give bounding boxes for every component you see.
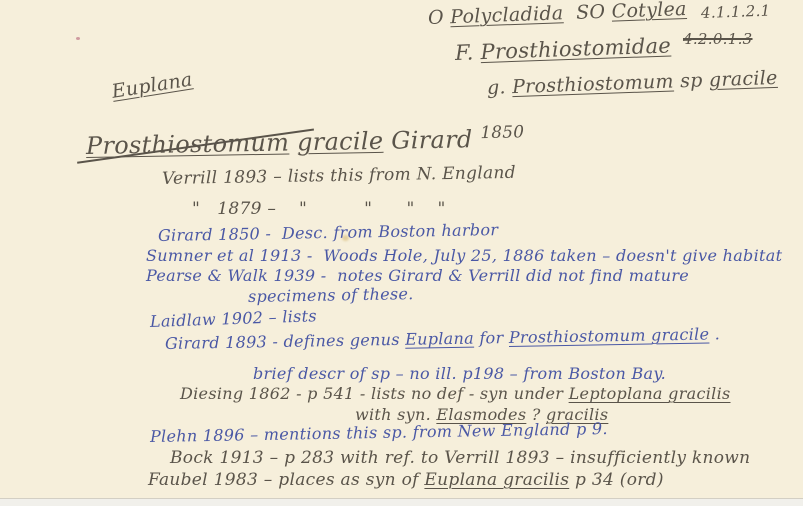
entry-laidlaw-1902: Laidlaw 1902 – lists	[150, 307, 317, 330]
order-suborder-line-segment: SO	[563, 1, 612, 25]
genus-species-line-segment: gracile	[709, 67, 778, 91]
entry-pearse-1939: Pearse & Walk 1939 - notes Girard & Verr…	[146, 267, 689, 285]
entry-plehn-1896-segment: Plehn 1896 – mentions this sp. from New …	[150, 419, 608, 446]
card-bottom-edge	[0, 498, 803, 506]
genus-species-line-segment: Prosthiostomum	[512, 70, 674, 98]
entry-sumner-1913: Sumner et al 1913 - Woods Hole, July 25,…	[146, 247, 782, 265]
code-current: 4.1.1.2.1	[701, 3, 771, 22]
entry-verrill-1893-segment: Verrill 1893 – lists this from N. Englan…	[162, 163, 516, 189]
entry-laidlaw-1902-segment: Laidlaw 1902 – lists	[150, 306, 317, 331]
entry-girard-1893-segment: Girard 1893 - defines genus	[165, 330, 405, 353]
entry-sumner-1913-segment: Sumner et al 1913 - Woods Hole, July 25,…	[146, 246, 782, 265]
order-suborder-line-segment: Polycladida	[450, 2, 564, 28]
entry-diesing-1862: Diesing 1862 - p 541 - lists no def - sy…	[180, 385, 731, 403]
family-line-segment: Prosthiostomidae	[480, 33, 671, 64]
entry-girard-1893-segment: Euplana	[405, 329, 474, 349]
genus-species-line-segment: g.	[487, 76, 513, 99]
entry-girard-1893: Girard 1893 - defines genus Euplana for …	[165, 325, 720, 352]
code-struck-segment: 4.2.0.1.3	[683, 30, 753, 48]
entry-verrill-1893: Verrill 1893 – lists this from N. Englan…	[162, 164, 516, 189]
species-title-segment: Prosthiostomum	[86, 129, 290, 159]
genus-species-line-segment: sp	[673, 69, 709, 92]
entry-plehn-1896: Plehn 1896 – mentions this sp. from New …	[150, 420, 608, 446]
entry-faubel-1983-segment: p 34 (ord)	[569, 470, 664, 490]
species-title: Prosthiostomum gracile Girard 1850	[86, 122, 525, 159]
code-struck: 4.2.0.1.3	[683, 31, 753, 48]
species-title-segment: gracile	[297, 127, 384, 157]
entry-ditto-1879: " 1879 – " " " "	[192, 200, 446, 219]
species-title-segment: 1850	[480, 121, 524, 142]
paper-speck	[76, 37, 80, 40]
entry-girard-1893-cont: brief descr of sp – no ill. p198 – from …	[253, 365, 666, 383]
family-line-segment: F.	[455, 40, 481, 65]
entry-pearse-1939-segment: Pearse & Walk 1939 - notes Girard & Verr…	[146, 266, 689, 285]
entry-girard-1893-segment: for	[474, 328, 509, 348]
family-line: F. Prosthiostomidae	[455, 34, 672, 65]
species-title-segment: Girard	[383, 125, 481, 155]
genus-species-line: g. Prosthiostomum sp gracile	[487, 68, 778, 99]
order-suborder-line-segment: O	[428, 6, 451, 29]
entry-pearse-1939-cont: specimens of these.	[248, 285, 414, 305]
entry-faubel-1983: Faubel 1983 – places as syn of Euplana g…	[148, 471, 664, 490]
entry-bock-1913: Bock 1913 – p 283 with ref. to Verrill 1…	[170, 449, 750, 468]
index-card: O Polycladida SO Cotylea4.1.1.2.14.2.0.1…	[0, 0, 803, 506]
entry-girard-1893-cont-segment: brief descr of sp – no ill. p198 – from …	[253, 364, 666, 383]
entry-diesing-1862-segment: Diesing 1862 - p 541 - lists no def - sy…	[180, 384, 569, 403]
code-current-segment: 4.1.1.2.1	[701, 2, 771, 22]
entry-pearse-1939-cont-segment: specimens of these.	[248, 284, 414, 306]
entry-faubel-1983-segment: Euplana gracilis	[424, 470, 569, 490]
entry-diesing-1862-cont-segment: with syn.	[355, 405, 436, 424]
entry-girard-1893-segment: .	[709, 324, 720, 343]
order-suborder-line-segment: Cotylea	[611, 0, 687, 23]
entry-faubel-1983-segment: Faubel 1983 – places as syn of	[148, 470, 424, 490]
euplana-annotation-segment: Euplana	[110, 68, 194, 102]
entry-girard-1850-segment: Girard 1850 - Desc. from Boston harbor	[158, 220, 499, 245]
order-suborder-line: O Polycladida SO Cotylea	[428, 0, 687, 29]
entry-ditto-1879-segment: " 1879 – " " " "	[192, 199, 446, 219]
entry-girard-1850: Girard 1850 - Desc. from Boston harbor	[158, 221, 499, 245]
euplana-annotation: Euplana	[110, 69, 194, 102]
entry-diesing-1862-segment: Leptoplana gracilis	[569, 384, 731, 403]
entry-girard-1893-segment: Prosthiostomum gracile	[509, 325, 710, 347]
entry-bock-1913-segment: Bock 1913 – p 283 with ref. to Verrill 1…	[170, 448, 750, 468]
